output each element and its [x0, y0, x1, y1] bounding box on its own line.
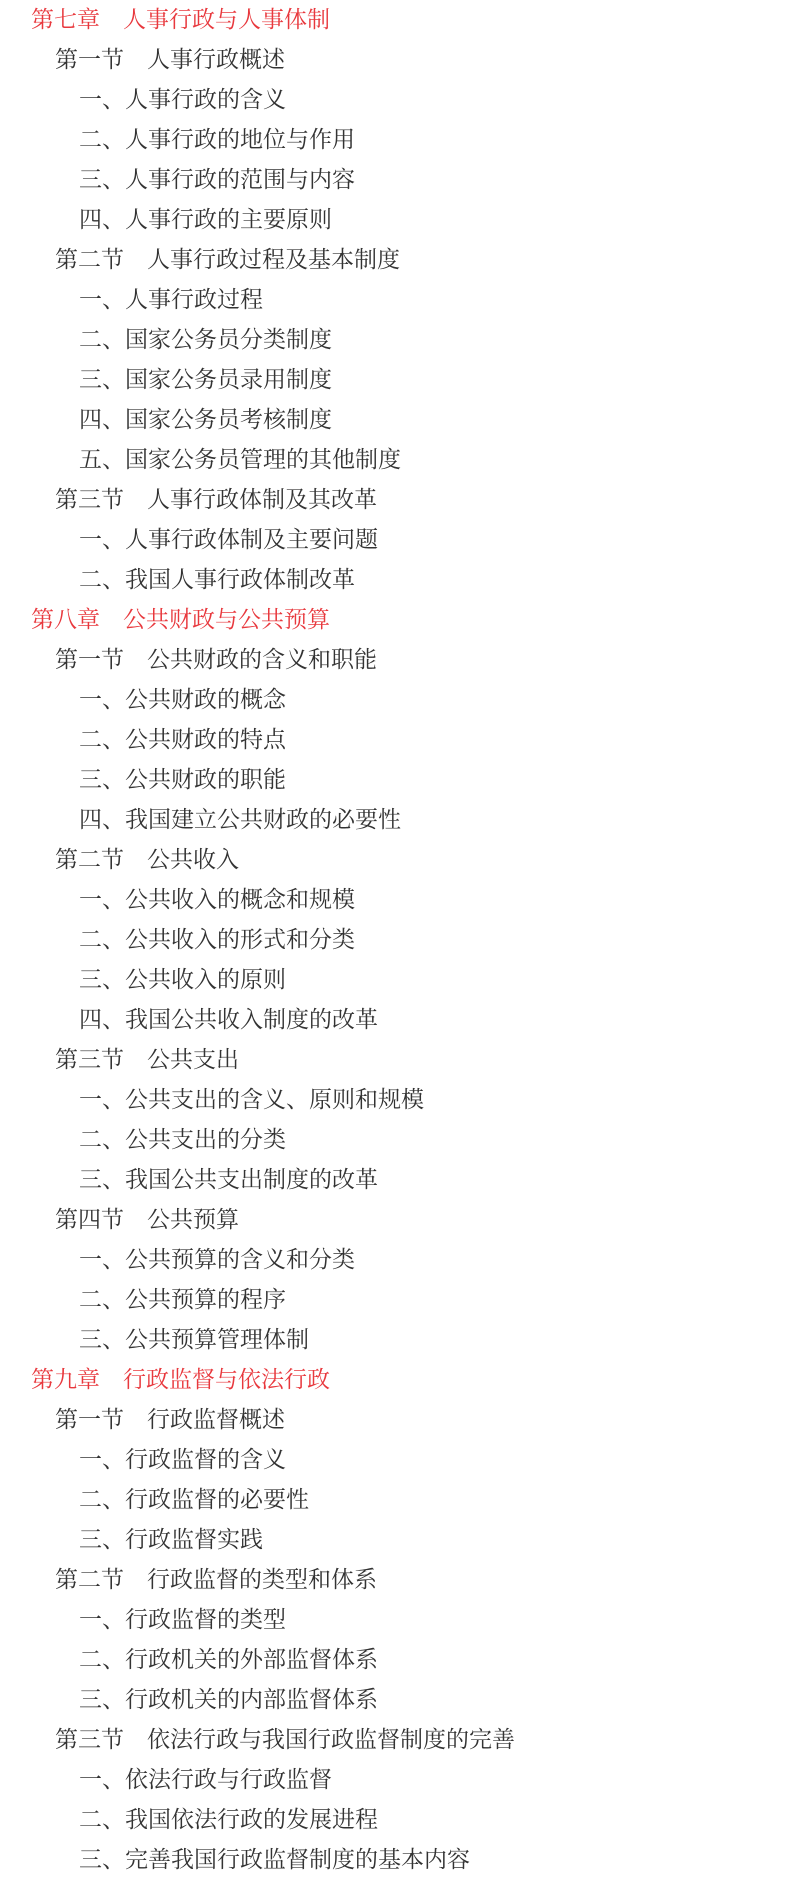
toc-item: 二、国家公务员分类制度: [0, 320, 790, 360]
toc-item: 二、行政机关的外部监督体系: [0, 1640, 790, 1680]
toc-item: 三、公共预算管理体制: [0, 1320, 790, 1360]
toc-item: 三、行政机关的内部监督体系: [0, 1680, 790, 1720]
toc-item: 四、人事行政的主要原则: [0, 200, 790, 240]
toc-item: 三、人事行政的范围与内容: [0, 160, 790, 200]
toc-item: 三、我国公共支出制度的改革: [0, 1160, 790, 1200]
table-of-contents: 第七章 人事行政与人事体制 第一节 人事行政概述 一、人事行政的含义 二、人事行…: [0, 0, 790, 1880]
toc-item: 一、人事行政体制及主要问题: [0, 520, 790, 560]
toc-item: 三、公共财政的职能: [0, 760, 790, 800]
section-heading: 第二节 公共收入: [0, 840, 790, 880]
toc-item: 四、我国公共收入制度的改革: [0, 1000, 790, 1040]
toc-item: 二、公共预算的程序: [0, 1280, 790, 1320]
toc-item: 四、我国建立公共财政的必要性: [0, 800, 790, 840]
toc-item: 一、行政监督的含义: [0, 1440, 790, 1480]
section-heading: 第三节 人事行政体制及其改革: [0, 480, 790, 520]
toc-item: 一、依法行政与行政监督: [0, 1760, 790, 1800]
chapter-heading: 第八章 公共财政与公共预算: [0, 600, 790, 640]
toc-item: 二、公共收入的形式和分类: [0, 920, 790, 960]
toc-item: 二、我国人事行政体制改革: [0, 560, 790, 600]
section-heading: 第二节 行政监督的类型和体系: [0, 1560, 790, 1600]
toc-item: 三、国家公务员录用制度: [0, 360, 790, 400]
section-heading: 第二节 人事行政过程及基本制度: [0, 240, 790, 280]
toc-item: 三、行政监督实践: [0, 1520, 790, 1560]
toc-item: 三、完善我国行政监督制度的基本内容: [0, 1840, 790, 1880]
toc-item: 一、公共财政的概念: [0, 680, 790, 720]
toc-item: 二、人事行政的地位与作用: [0, 120, 790, 160]
toc-item: 一、公共预算的含义和分类: [0, 1240, 790, 1280]
toc-item: 一、公共收入的概念和规模: [0, 880, 790, 920]
toc-item: 二、行政监督的必要性: [0, 1480, 790, 1520]
toc-item: 二、公共支出的分类: [0, 1120, 790, 1160]
section-heading: 第四节 公共预算: [0, 1200, 790, 1240]
toc-item: 三、公共收入的原则: [0, 960, 790, 1000]
toc-item: 一、公共支出的含义、原则和规模: [0, 1080, 790, 1120]
toc-item: 一、人事行政过程: [0, 280, 790, 320]
section-heading: 第三节 公共支出: [0, 1040, 790, 1080]
toc-item: 二、我国依法行政的发展进程: [0, 1800, 790, 1840]
toc-item: 五、国家公务员管理的其他制度: [0, 440, 790, 480]
toc-item: 四、国家公务员考核制度: [0, 400, 790, 440]
toc-item: 二、公共财政的特点: [0, 720, 790, 760]
chapter-heading: 第七章 人事行政与人事体制: [0, 0, 790, 40]
section-heading: 第三节 依法行政与我国行政监督制度的完善: [0, 1720, 790, 1760]
section-heading: 第一节 行政监督概述: [0, 1400, 790, 1440]
section-heading: 第一节 人事行政概述: [0, 40, 790, 80]
toc-item: 一、人事行政的含义: [0, 80, 790, 120]
section-heading: 第一节 公共财政的含义和职能: [0, 640, 790, 680]
toc-item: 一、行政监督的类型: [0, 1600, 790, 1640]
chapter-heading: 第九章 行政监督与依法行政: [0, 1360, 790, 1400]
